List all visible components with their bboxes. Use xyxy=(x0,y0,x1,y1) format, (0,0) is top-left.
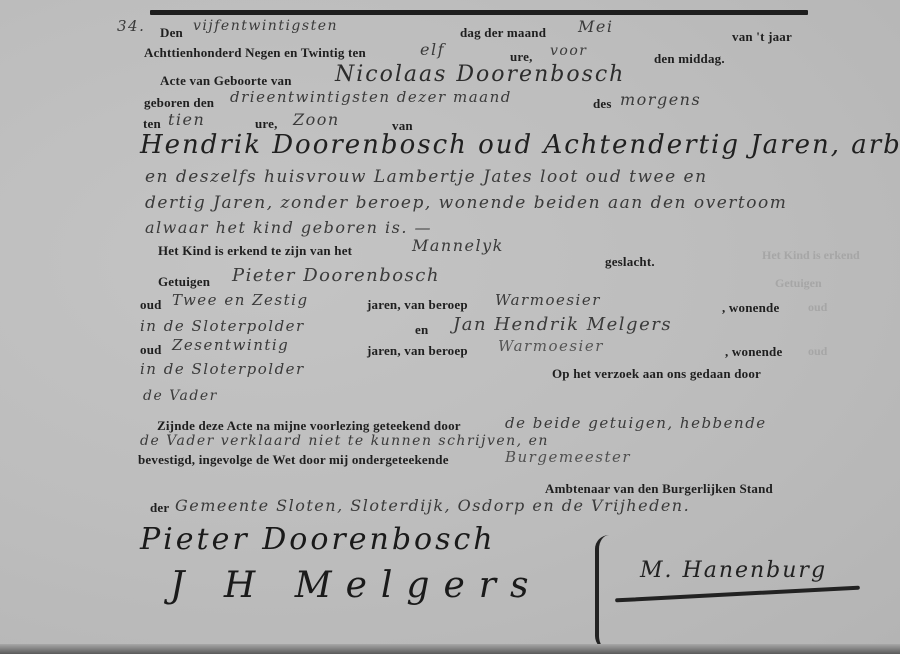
official-brace xyxy=(595,535,619,650)
label-en: en xyxy=(415,322,428,338)
hand-municipality: Gemeente Sloten, Sloterdijk, Osdorp en d… xyxy=(175,496,690,515)
hand-witness2-age: Zesentwintig xyxy=(172,336,289,354)
label-zijnde: Zijnde deze Acte na mijne voorlezing get… xyxy=(157,418,461,434)
label-des: des xyxy=(593,96,612,112)
signature-flourish xyxy=(615,586,860,603)
hand-witness2-name: Jan Hendrik Melgers xyxy=(453,314,672,335)
bleed-through-2: Getuigen xyxy=(775,276,822,291)
hand-voor: voor xyxy=(550,43,587,59)
label-oud-1: oud xyxy=(140,297,162,313)
signature-witness-1: Pieter Doorenbosch xyxy=(140,522,496,557)
hand-child-name: Nicolaas Doorenbosch xyxy=(335,62,625,87)
label-wonende-2: , wonende xyxy=(725,344,782,360)
label-acte-van-geboorte: Acte van Geboorte van xyxy=(160,73,292,89)
label-getuigen: Getuigen xyxy=(158,274,210,290)
label-jaren-beroep-2: jaren, van beroep xyxy=(367,343,468,359)
bleed-through-1: Het Kind is erkend xyxy=(762,248,860,263)
hand-requester: de Vader xyxy=(143,388,218,404)
hand-signed-by: de beide getuigen, hebbende xyxy=(505,414,767,432)
label-kind-erkend: Het Kind is erkend te zijn van het xyxy=(158,243,352,259)
hand-witness2-residence: in de Sloterpolder xyxy=(140,360,305,378)
hand-day: vijfentwintigsten xyxy=(193,18,338,34)
label-den-middag: den middag. xyxy=(654,51,725,67)
label-ambtenaar: Ambtenaar van den Burgerlijken Stand xyxy=(545,481,773,497)
hand-birth-hour: tien xyxy=(168,110,205,129)
label-oud-2: oud xyxy=(140,342,162,358)
hand-sex: Mannelyk xyxy=(412,236,504,255)
label-verzoek: Op het verzoek aan ons gedaan door xyxy=(552,366,761,382)
label-dag-der-maand: dag der maand xyxy=(460,25,546,41)
hand-parents-line-2: en deszelfs huisvrouw Lambertje Jates lo… xyxy=(145,167,708,187)
hand-witness1-name: Pieter Doorenbosch xyxy=(232,265,440,286)
signature-official: M. Hanenburg xyxy=(640,558,827,583)
hand-parents-line-4: alwaar het kind geboren is. — xyxy=(145,218,432,237)
signature-witness-2: J H Melgers xyxy=(170,565,542,606)
hand-declared: de Vader verklaard niet te kunnen schrij… xyxy=(140,433,549,449)
hand-month: Mei xyxy=(578,17,613,36)
label-jaren-beroep-1: jaren, van beroep xyxy=(367,297,468,313)
label-bevestigd: bevestigd, ingevolge de Wet door mij ond… xyxy=(138,452,449,468)
top-rule xyxy=(150,10,808,15)
label-den: Den xyxy=(160,25,183,41)
bleed-through-4: oud xyxy=(808,344,827,359)
hand-parents-line-1: Hendrik Doorenbosch oud Achtendertig Jar… xyxy=(140,130,900,160)
hand-witness1-age: Twee en Zestig xyxy=(172,291,309,309)
label-wonende-1: , wonende xyxy=(722,300,779,316)
label-geboren-den: geboren den xyxy=(144,95,214,111)
label-geslacht: geslacht. xyxy=(605,254,655,270)
record-number: 34. xyxy=(117,17,145,35)
hand-birth-date: drieentwintigsten dezer maand xyxy=(230,88,512,106)
label-year: Achttienhonderd Negen en Twintig ten xyxy=(144,45,366,61)
hand-witness1-residence: in de Sloterpolder xyxy=(140,317,305,335)
hand-witness2-occupation: Warmoesier xyxy=(498,337,604,355)
hand-hour: elf xyxy=(420,40,445,59)
hand-witness1-occupation: Warmoesier xyxy=(495,291,601,309)
hand-relation: Zoon xyxy=(293,110,340,129)
hand-official-title: Burgemeester xyxy=(505,448,631,466)
label-van-t-jaar: van 't jaar xyxy=(732,29,792,45)
hand-time-of-day: morgens xyxy=(620,90,701,109)
bleed-through-3: oud xyxy=(808,300,827,315)
document-scan: 34. Den vijfentwintigsten dag der maand … xyxy=(0,0,900,654)
label-der: der xyxy=(150,500,169,516)
hand-parents-line-3: dertig Jaren, zonder beroep, wonende bei… xyxy=(145,193,787,213)
